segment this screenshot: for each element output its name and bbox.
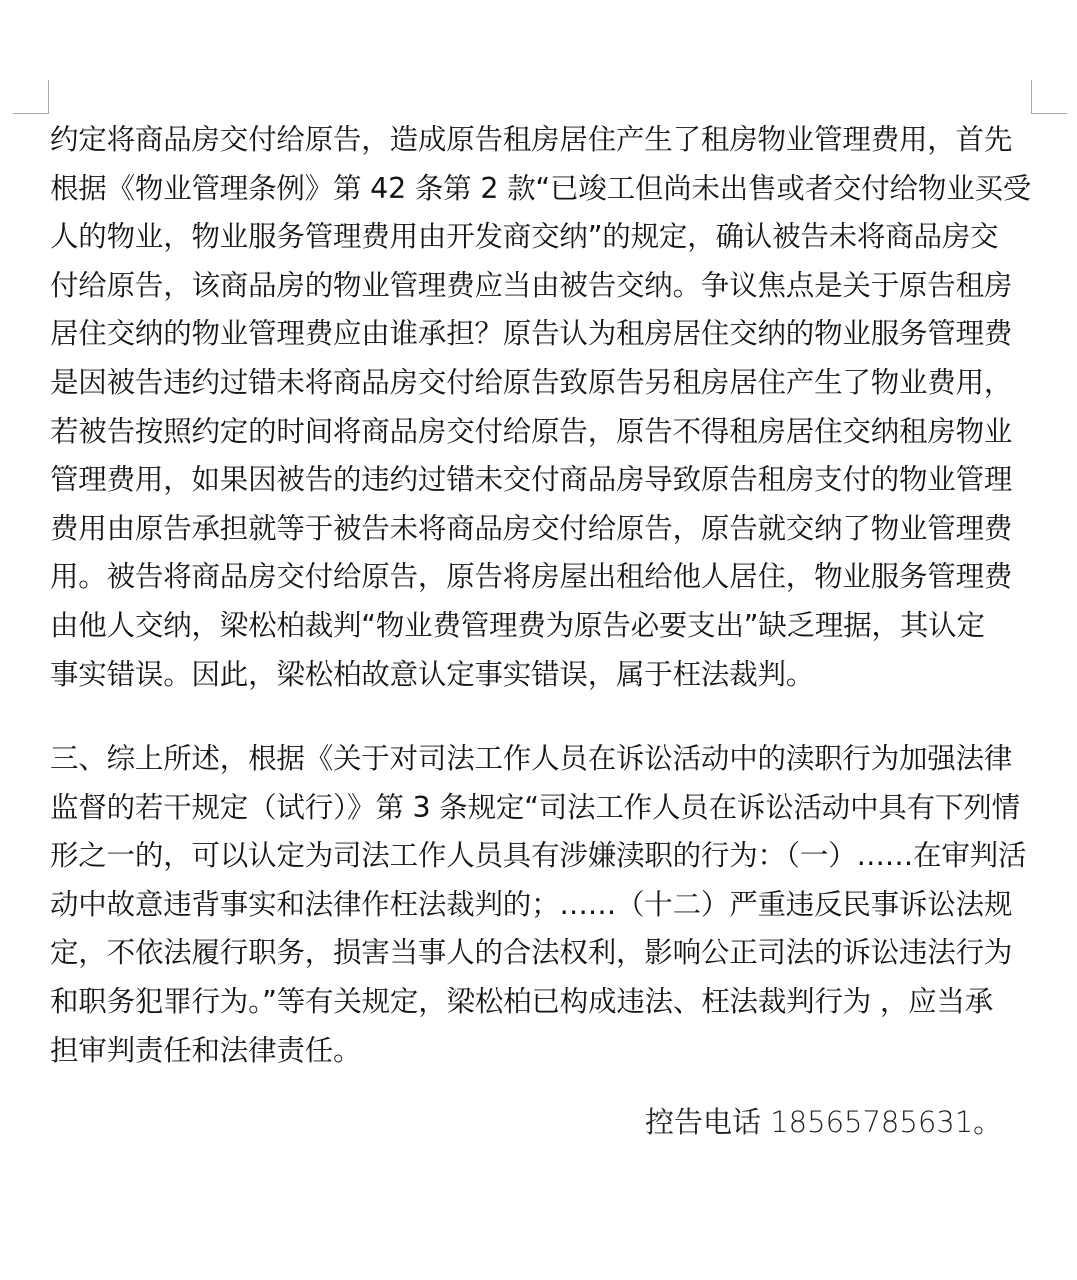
- text-line: 定，不依法履行职务，损害当事人的合法权利，影响公正司法的诉讼违法行为: [50, 929, 1040, 978]
- text-line: 由他人交纳，梁松柏裁判“物业费管理费为原告必要支出”缺乏理据，其认定: [50, 602, 1040, 651]
- text-line: 用。被告将商品房交付给原告，原告将房屋出租给他人居住，物业服务管理费: [50, 553, 1040, 602]
- text-line: 事实错误。因此，梁松柏故意认定事实错误，属于枉法裁判。: [50, 651, 1040, 700]
- text-line: 三、综上所述，根据《关于对司法工作人员在诉讼活动中的渎职行为加强法律: [50, 735, 1040, 784]
- text-line: 是因被告违约过错未将商品房交付给原告致原告另租房居住产生了物业费用，: [50, 359, 1040, 408]
- text-line: 监督的若干规定（试行）》第 3 条规定“司法工作人员在诉讼活动中具有下列情: [50, 784, 1040, 833]
- text-line: 管理费用，如果因被告的违约过错未交付商品房导致原告租房支付的物业管理: [50, 456, 1040, 505]
- complaint-phone-number: 控告电话 18565785631。: [645, 1102, 1002, 1142]
- text-line: 根据《物业管理条例》第 42 条第 2 款“已竣工但尚未出售或者交付给物业买受: [50, 165, 1040, 214]
- text-line: 费用由原告承担就等于被告未将商品房交付给原告，原告就交纳了物业管理费: [50, 505, 1040, 554]
- paragraph-conclusion: 三、综上所述，根据《关于对司法工作人员在诉讼活动中的渎职行为加强法律 监督的若干…: [50, 735, 1040, 1075]
- text-line: 约定将商品房交付给原告，造成原告租房居住产生了租房物业管理费用，首先: [50, 116, 1040, 165]
- paragraph-property-fee-argument: 约定将商品房交付给原告，造成原告租房居住产生了租房物业管理费用，首先 根据《物业…: [50, 116, 1040, 699]
- page-corner-mark-right: [1031, 80, 1067, 114]
- text-line: 若被告按照约定的时间将商品房交付给原告，原告不得租房居住交纳租房物业: [50, 408, 1040, 457]
- text-line: 和职务犯罪行为。”等有关规定，梁松柏已构成违法、枉法裁判行为 ，应当承: [50, 978, 1040, 1027]
- text-line: 担审判责任和法律责任。: [50, 1027, 1040, 1076]
- page-corner-mark-left: [13, 80, 49, 114]
- text-line: 居住交纳的物业管理费应由谁承担？原告认为租房居住交纳的物业服务管理费: [50, 310, 1040, 359]
- text-line: 付给原告，该商品房的物业管理费应当由被告交纳。争议焦点是关于原告租房: [50, 262, 1040, 311]
- text-line: 人的物业，物业服务管理费用由开发商交纳”的规定，确认被告未将商品房交: [50, 213, 1040, 262]
- text-line: 形之一的，可以认定为司法工作人员具有涉嫌渎职的行为：（一）……在审判活: [50, 832, 1040, 881]
- text-line: 动中故意违背事实和法律作枉法裁判的；……（十二）严重违反民事诉讼法规: [50, 881, 1040, 930]
